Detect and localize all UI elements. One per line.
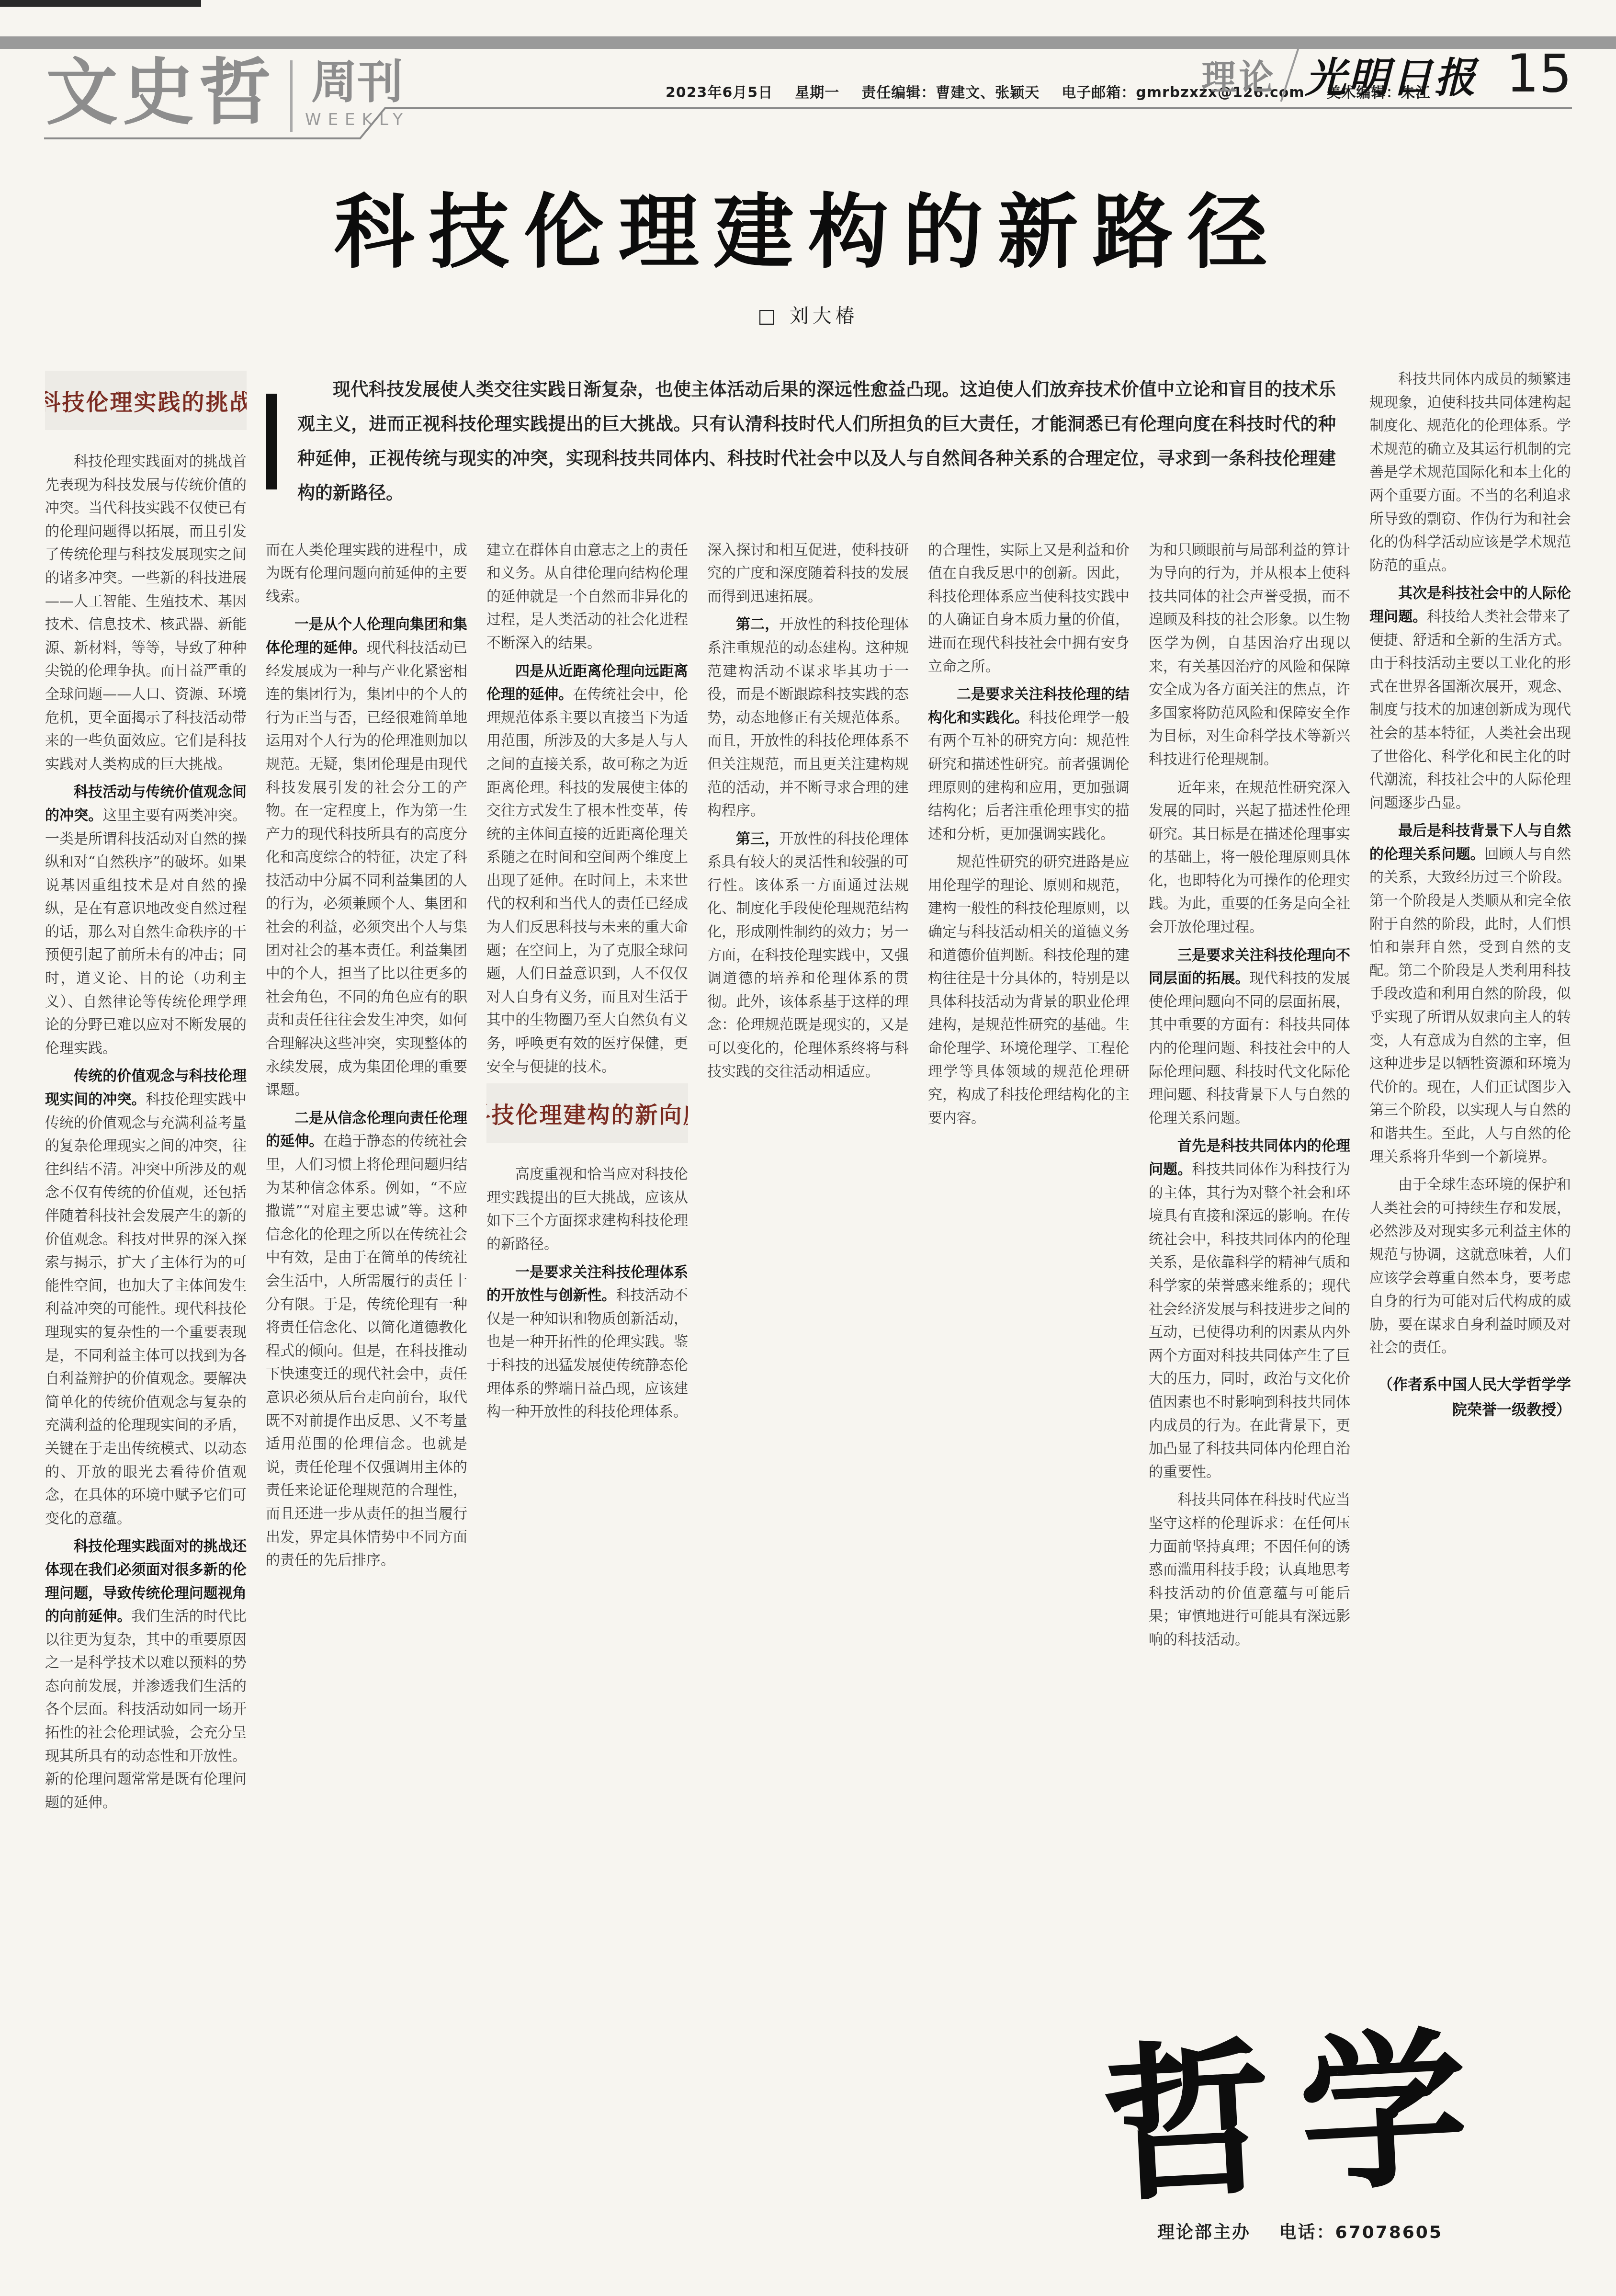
paragraph-text: 在传统社会中，伦理规范体系主要以直接当下为适用范围，所涉及的大多是人与人之间的直… [486,686,688,1075]
organizer-text: 理论部主办 [1157,2223,1251,2242]
paragraph: 高度重视和恰当应对科技伦理实践提出的巨大挑战，应该从如下三个方面探求建构科技伦理… [486,1163,688,1256]
paragraph: 规范性研究的研究进路是应用伦理学的理论、原则和规范，建构一般性的科技伦理原则，以… [928,851,1130,1130]
article-body: 现代科技发展使人类交往实践日渐复杂，也使主体活动后果的深远性愈益凸现。这迫使人们… [45,368,1571,2252]
section-heading: 科技伦理实践的挑战 [45,385,247,417]
paragraph-text: 深入探讨和相互促进，使科技研究的广度和深度随着科技的发展而得到迅速拓展。 [707,542,909,605]
column-5: 的合理性，实际上又是利益和价值在自我反思中的创新。因此，科技伦理体系应当使科技实… [928,539,1130,2252]
column-7: 科技共同体内成员的频繁违规现象，迫使科技共同体建构起制度化、规范化的伦理体系。学… [1369,368,1571,2252]
column-4: 深入探讨和相互促进，使科技研究的广度和深度随着科技的发展而得到迅速拓展。第二，开… [707,539,909,2252]
paragraph-text: 现代科技的发展使伦理问题向不同的层面拓展，其中重要的方面有：科技共同体内的伦理问… [1149,970,1350,1126]
paragraph-text: 由于全球生态环境的保护和人类社会的可持续生存和发展，必然涉及对现实多元利益主体的… [1369,1176,1571,1356]
paragraph: 由于全球生态环境的保护和人类社会的可持续生存和发展，必然涉及对现实多元利益主体的… [1369,1173,1571,1360]
paragraph: 传统的价值观念与科技伦理现实间的冲突。科技伦理实践中传统的价值观念与充满利益考量… [45,1065,247,1530]
paragraph: 二是从信念伦理向责任伦理的延伸。在趋于静态的传统社会里，人们习惯上将伦理问题归结… [266,1107,467,1572]
paragraph: 的合理性，实际上又是利益和价值在自我反思中的创新。因此，科技伦理体系应当使科技实… [928,539,1130,679]
paragraph-text: 而在人类伦理实践的进程中，成为既有伦理问题向前延伸的主要线索。 [266,542,467,605]
paragraph: 第三，开放性的科技伦理体系具有较大的灵活性和较强的可行性。该体系一方面通过法规化… [707,828,909,1084]
paragraph-text: 科技共同体作为科技行为的主体，其行为对整个社会和环境具有直接和深远的影响。在传统… [1149,1161,1350,1480]
paragraph-text: 的合理性，实际上又是利益和价值在自我反思中的创新。因此，科技伦理体系应当使科技实… [928,542,1130,675]
paragraph: 一是从个人伦理向集团和集体伦理的延伸。现代科技活动已经发展成为一种与产业化紧密相… [266,613,467,1102]
paragraph: 科技共同体在科技时代应当坚守这样的伦理诉求：在任何压力面前坚持真理；不因任何的诱… [1149,1489,1350,1651]
paragraph-text: 高度重视和恰当应对科技伦理实践提出的巨大挑战，应该从如下三个方面探求建构科技伦理… [486,1166,688,1252]
section-heading-box: 【科技伦理建构的新向度】 [486,1083,688,1143]
paragraph: 而在人类伦理实践的进程中，成为既有伦理问题向前延伸的主要线索。 [266,539,467,609]
paragraph-text: 科技共同体在科技时代应当坚守这样的伦理诉求：在任何压力面前坚持真理；不因任何的诱… [1149,1491,1350,1648]
paragraph-text: 科技共同体内成员的频繁违规现象，迫使科技共同体建构起制度化、规范化的伦理体系。学… [1369,371,1571,574]
paragraph-text: 开放性的科技伦理体系注重规范的动态建构。这种规范建构活动不谋求毕其功于一役，而是… [707,616,909,819]
paragraph: 第二，开放性的科技伦理体系注重规范的动态建构。这种规范建构活动不谋求毕其功于一役… [707,613,909,822]
paragraph-text: 科技活动不仅是一种知识和物质创新活动，也是一种开拓性的伦理实践。鉴于科技的迅猛发… [486,1287,688,1420]
paragraph: 其次是科技社会中的人际伦理问题。科技给人类社会带来了便捷、舒适和全新的生活方式。… [1369,582,1571,815]
paragraph-text: 在趋于静态的传统社会里，人们习惯上将伦理问题归结为某种信念体系。例如，“不应撒谎… [266,1133,467,1569]
author-credit: （作者系中国人民大学哲学学院荣誉一级教授） [1369,1372,1571,1422]
column-3: 建立在群体自由意志之上的责任和义务。从自律伦理向结构伦理的延伸就是一个自然而非异… [486,539,688,2252]
paragraph-text: 回顾人与自然的关系，大致经历过三个阶段。第一个阶段是人类顺从和完全依附于自然的阶… [1369,846,1571,1165]
paragraph: 深入探讨和相互促进，使科技研究的广度和深度随着科技的发展而得到迅速拓展。 [707,539,909,609]
paragraph-lead: 第三， [736,830,779,847]
paragraph: 二是要求关注科技伦理的结构化和实践化。科技伦理学一般有两个互补的研究方向：规范性… [928,683,1130,846]
paragraph-text: 科技给人类社会带来了便捷、舒适和全新的生活方式。由于科技活动主要以工业化的形式在… [1369,608,1571,811]
column-6: 为和只顾眼前与局部利益的算计为导向的行为，并从根本上使科技共同体的社会声誉受损，… [1149,539,1350,2252]
paragraph: 一是要求关注科技伦理体系的开放性与创新性。科技活动不仅是一种知识和物质创新活动，… [486,1261,688,1424]
paragraph-text: 我们生活的时代比以往更为复杂，其中的重要原因之一是科学技术以难以预料的势态向前发… [45,1608,247,1811]
paragraph-text: 科技伦理实践中传统的价值观念与充满利益考量的复杂伦理现实之间的冲突，往往纠结不清… [45,1091,247,1527]
paragraph: 近年来，在规范性研究深入发展的同时，兴起了描述性伦理研究。其目标是在描述伦理事实… [1149,776,1350,939]
article-title: 科技伦理建构的新路径 [0,188,1616,276]
paragraph-text: 建立在群体自由意志之上的责任和义务。从自律伦理向结构伦理的延伸就是一个自然而非异… [486,542,688,651]
paragraph-text: 近年来，在规范性研究深入发展的同时，兴起了描述性伦理研究。其目标是在描述伦理事实… [1149,779,1350,936]
paragraph-text: 规范性研究的研究进路是应用伦理学的理论、原则和规范，建构一般性的科技伦理原则，以… [928,853,1130,1126]
byline-author: 刘大椿 [790,305,859,327]
column-2: 而在人类伦理实践的进程中，成为既有伦理问题向前延伸的主要线索。一是从个人伦理向集… [266,539,467,2252]
byline-marker-icon: □ [757,305,780,327]
paragraph-text: 现代科技活动已经发展成为一种与产业化紧密相连的集团行为，集团中的个人的行为正当与… [266,639,467,1098]
paragraph: 四是从近距离伦理向远距离伦理的延伸。在传统社会中，伦理规范体系主要以直接当下为适… [486,660,688,1079]
paragraph-lead: 第二， [736,616,779,633]
column-1: 【科技伦理实践的挑战】科技伦理实践面对的挑战首先表现为科技发展与传统价值的冲突。… [45,368,247,2252]
paragraph: 为和只顾眼前与局部利益的算计为导向的行为，并从根本上使科技共同体的社会声誉受损，… [1149,539,1350,772]
intro-box: 现代科技发展使人类交往实践日渐复杂，也使主体活动后果的深远性愈益凸现。这迫使人们… [266,368,1350,516]
philosophy-calligraphy: 哲学 [1099,2018,1501,2215]
intro-text: 现代科技发展使人类交往实践日渐复杂，也使主体活动后果的深远性愈益凸现。这迫使人们… [297,373,1336,511]
paragraph-text: 为和只顾眼前与局部利益的算计为导向的行为，并从根本上使科技共同体的社会声誉受损，… [1149,542,1350,768]
paragraph: 建立在群体自由意志之上的责任和义务。从自律伦理向结构伦理的延伸就是一个自然而非异… [486,539,688,655]
paragraph: 科技伦理实践面对的挑战还体现在我们必须面对很多新的伦理问题，导致传统伦理问题视角… [45,1535,247,1814]
paragraph: 科技活动与传统价值观念间的冲突。这里主要有两类冲突。一类是所谓科技活动对自然的操… [45,781,247,1060]
paragraph-text: 科技伦理实践面对的挑战首先表现为科技发展与传统价值的冲突。当代科技实践不仅使已有… [45,453,247,773]
byline: □ 刘大椿 [0,301,1616,328]
header-rule [0,0,1616,153]
paragraph-text: 科技伦理学一般有两个互补的研究方向：规范性研究和描述性研究。前者强调伦理原则的建… [928,709,1130,842]
footer-block: 哲学 理论部主办 电话：67078605 [1065,2029,1535,2244]
paragraph: 首先是科技共同体内的伦理问题。科技共同体作为科技行为的主体，其行为对整个社会和环… [1149,1135,1350,1484]
paragraph: 科技共同体内成员的频繁违规现象，迫使科技共同体建构起制度化、规范化的伦理体系。学… [1369,368,1571,577]
paragraph: 科技伦理实践面对的挑战首先表现为科技发展与传统价值的冲突。当代科技实践不仅使已有… [45,450,247,776]
phone-text: 电话：67078605 [1279,2223,1443,2242]
paragraph: 最后是科技背景下人与自然的伦理关系问题。回顾人与自然的关系，大致经历过三个阶段。… [1369,819,1571,1169]
section-heading: 科技伦理建构的新向度 [486,1097,688,1129]
intro-quote-bar-icon [266,394,277,489]
paragraph-text: 开放性的科技伦理体系具有较大的灵活性和较强的可行性。该体系一方面通过法规化、制度… [707,830,909,1080]
newspaper-page: 文史哲 周刊 WEEKLY 2023年6月5日星期一责任编辑：曹建文、张颖天电子… [0,0,1616,2296]
paragraph-text: 这里主要有两类冲突。一类是所谓科技活动对自然的操纵和对“自然秩序”的破坏。如果说… [45,807,247,1057]
section-heading-box: 【科技伦理实践的挑战】 [45,371,247,430]
paragraph: 三是要求关注科技伦理向不同层面的拓展。现代科技的发展使伦理问题向不同的层面拓展，… [1149,944,1350,1130]
